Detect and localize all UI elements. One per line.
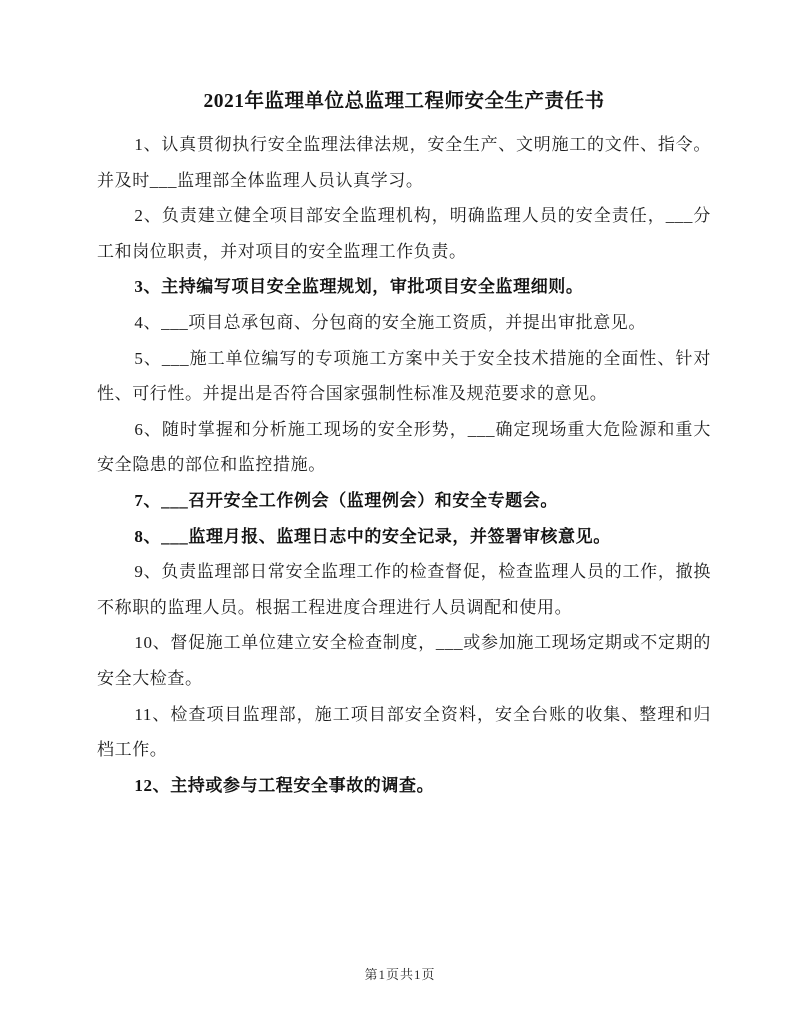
page-number-indicator: 第1页共1页 bbox=[364, 967, 435, 982]
page-footer: 第1页共1页 bbox=[0, 964, 800, 983]
paragraph-8: 8、___监理月报、监理日志中的安全记录，并签署审核意见。 bbox=[97, 519, 711, 555]
paragraph-2: 2、负责建立健全项目部安全监理机构，明确监理人员的安全责任，___分工和岗位职责… bbox=[97, 198, 711, 269]
paragraph-12: 12、主持或参与工程安全事故的调查。 bbox=[97, 768, 711, 804]
document-title: 2021年监理单位总监理工程师安全生产责任书 bbox=[97, 88, 711, 116]
document-body: 1、认真贯彻执行安全监理法律法规，安全生产、文明施工的文件、指令。并及时___监… bbox=[97, 127, 711, 803]
paragraph-5: 5、___施工单位编写的专项施工方案中关于安全技术措施的全面性、针对性、可行性。… bbox=[97, 341, 711, 412]
paragraph-1: 1、认真贯彻执行安全监理法律法规，安全生产、文明施工的文件、指令。并及时___监… bbox=[97, 127, 711, 198]
paragraph-4: 4、___项目总承包商、分包商的安全施工资质，并提出审批意见。 bbox=[97, 305, 711, 341]
paragraph-11: 11、检查项目监理部，施工项目部安全资料，安全台账的收集、整理和归档工作。 bbox=[97, 697, 711, 768]
paragraph-6: 6、随时掌握和分析施工现场的安全形势，___确定现场重大危险源和重大安全隐患的部… bbox=[97, 412, 711, 483]
paragraph-9: 9、负责监理部日常安全监理工作的检查督促，检查监理人员的工作，撤换不称职的监理人… bbox=[97, 554, 711, 625]
paragraph-3: 3、主持编写项目安全监理规划，审批项目安全监理细则。 bbox=[97, 269, 711, 305]
document-page: 2021年监理单位总监理工程师安全生产责任书 1、认真贯彻执行安全监理法律法规，… bbox=[0, 0, 800, 1035]
paragraph-7: 7、___召开安全工作例会（监理例会）和安全专题会。 bbox=[97, 483, 711, 519]
document-content: 2021年监理单位总监理工程师安全生产责任书 1、认真贯彻执行安全监理法律法规，… bbox=[97, 88, 711, 803]
paragraph-10: 10、督促施工单位建立安全检查制度，___或参加施工现场定期或不定期的安全大检查… bbox=[97, 625, 711, 696]
